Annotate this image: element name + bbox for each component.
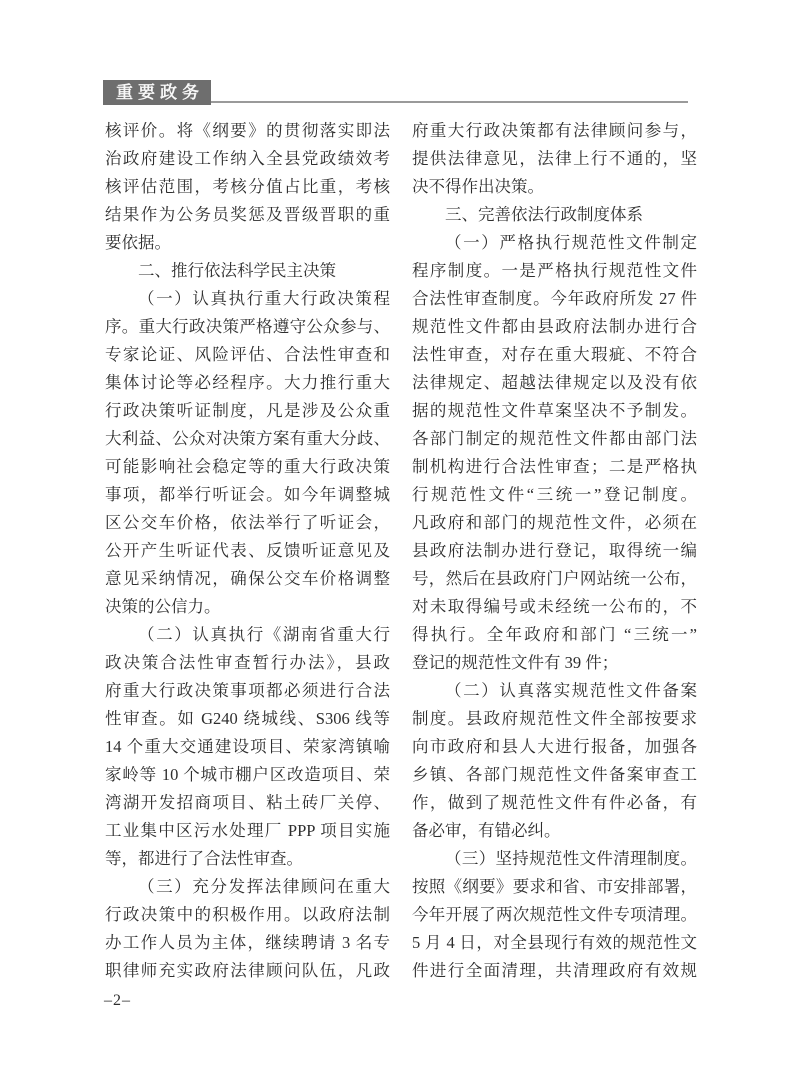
text-line: 备必审，有错必纠。: [412, 817, 697, 845]
text-line: 规范性文件都由县政府法制办进行合: [412, 313, 697, 341]
text-line: 可能影响社会稳定等的重大行政决策: [105, 453, 390, 481]
text-line: 登记的规范性文件有 39 件；: [412, 649, 697, 677]
text-line: 据的规范性文件草案坚决不予制发。: [412, 397, 697, 425]
text-line: 县政府法制办进行登记，取得统一编: [412, 537, 697, 565]
text-line: 14 个重大交通建设项目、荣家湾镇喻: [105, 733, 390, 761]
text-line: 制度。县政府规范性文件全部按要求: [412, 705, 697, 733]
text-line: 按照《纲要》要求和省、市安排部署，: [412, 873, 697, 901]
text-line: 二、推行依法科学民主决策: [105, 257, 390, 285]
text-line: 制机构进行合法性审查；二是严格执: [412, 453, 697, 481]
text-line: （一）严格执行规范性文件制定: [412, 229, 697, 257]
text-line: （二）认真执行《湖南省重大行: [105, 621, 390, 649]
right-column: 府重大行政决策都有法律顾问参与，提供法律意见，法律上行不通的，坚决不得作出决策。…: [412, 117, 697, 985]
text-line: 件进行全面清理，共清理政府有效规: [412, 957, 697, 985]
text-line: 决策的公信力。: [105, 593, 390, 621]
page-number: –2–: [104, 992, 131, 1010]
text-line: 府重大行政决策事项都必须进行合法: [105, 677, 390, 705]
text-line: 区公交车价格，依法举行了听证会，: [105, 509, 390, 537]
text-line: 公开产生听证代表、反馈听证意见及: [105, 537, 390, 565]
text-line: 性审查。如 G240 绕城线、S306 线等: [105, 705, 390, 733]
text-line: 行政决策听证制度，凡是涉及公众重: [105, 397, 390, 425]
left-column: 核评价。将《纲要》的贯彻落实即法治政府建设工作纳入全县党政绩效考核评估范围，考核…: [105, 117, 390, 985]
text-line: 决不得作出决策。: [412, 173, 697, 201]
text-line: 得执行。全年政府和部门 “三统一”: [412, 621, 697, 649]
text-line: 三、完善依法行政制度体系: [412, 201, 697, 229]
text-line: 程序制度。一是严格执行规范性文件: [412, 257, 697, 285]
text-line: 今年开展了两次规范性文件专项清理。: [412, 901, 697, 929]
text-line: 专家论证、风险评估、合法性审查和: [105, 341, 390, 369]
text-line: 等，都进行了合法性审查。: [105, 845, 390, 873]
text-line: （三）充分发挥法律顾问在重大: [105, 873, 390, 901]
section-header-badge: 重要政务: [103, 80, 211, 105]
text-line: 法性审查，对存在重大瑕疵、不符合: [412, 341, 697, 369]
text-line: （二）认真落实规范性文件备案: [412, 677, 697, 705]
text-line: 意见采纳情况，确保公交车价格调整: [105, 565, 390, 593]
text-columns: 核评价。将《纲要》的贯彻落实即法治政府建设工作纳入全县党政绩效考核评估范围，考核…: [105, 117, 697, 985]
text-line: 核评估范围，考核分值占比重，考核: [105, 173, 390, 201]
text-line: 治政府建设工作纳入全县党政绩效考: [105, 145, 390, 173]
text-line: 凡政府和部门的规范性文件，必须在: [412, 509, 697, 537]
text-line: 湾湖开发招商项目、粘土砖厂关停、: [105, 789, 390, 817]
text-line: 序。重大行政决策严格遵守公众参与、: [105, 313, 390, 341]
text-line: 职律师充实政府法律顾问队伍，凡政: [105, 957, 390, 985]
document-page: 重要政务 核评价。将《纲要》的贯彻落实即法治政府建设工作纳入全县党政绩效考核评估…: [0, 0, 793, 1077]
text-line: 乡镇、各部门规范性文件备案审查工: [412, 761, 697, 789]
text-line: 行政决策中的积极作用。以政府法制: [105, 901, 390, 929]
text-line: 号，然后在县政府门户网站统一公布，: [412, 565, 697, 593]
text-line: 要依据。: [105, 229, 390, 257]
text-line: 各部门制定的规范性文件都由部门法: [412, 425, 697, 453]
text-line: 提供法律意见，法律上行不通的，坚: [412, 145, 697, 173]
text-line: （三）坚持规范性文件清理制度。: [412, 845, 697, 873]
text-line: 家岭等 10 个城市棚户区改造项目、荣: [105, 761, 390, 789]
text-line: （一）认真执行重大行政决策程: [105, 285, 390, 313]
text-line: 5 月 4 日，对全县现行有效的规范性文: [412, 929, 697, 957]
text-line: 行规范性文件“三统一”登记制度。: [412, 481, 697, 509]
text-line: 向市政府和县人大进行报备，加强各: [412, 733, 697, 761]
text-line: 核评价。将《纲要》的贯彻落实即法: [105, 117, 390, 145]
text-line: 工业集中区污水处理厂 PPP 项目实施: [105, 817, 390, 845]
text-line: 事项，都举行听证会。如今年调整城: [105, 481, 390, 509]
text-line: 法律规定、超越法律规定以及没有依: [412, 369, 697, 397]
text-line: 政决策合法性审查暂行办法》，县政: [105, 649, 390, 677]
text-line: 办工作人员为主体，继续聘请 3 名专: [105, 929, 390, 957]
text-line: 府重大行政决策都有法律顾问参与，: [412, 117, 697, 145]
text-line: 对未取得编号或未经统一公布的，不: [412, 593, 697, 621]
text-line: 合法性审查制度。今年政府所发 27 件: [412, 285, 697, 313]
text-line: 结果作为公务员奖惩及晋级晋职的重: [105, 201, 390, 229]
text-line: 大利益、公众对决策方案有重大分歧、: [105, 425, 390, 453]
text-line: 作，做到了规范性文件有件必备，有: [412, 789, 697, 817]
text-line: 集体讨论等必经程序。大力推行重大: [105, 369, 390, 397]
